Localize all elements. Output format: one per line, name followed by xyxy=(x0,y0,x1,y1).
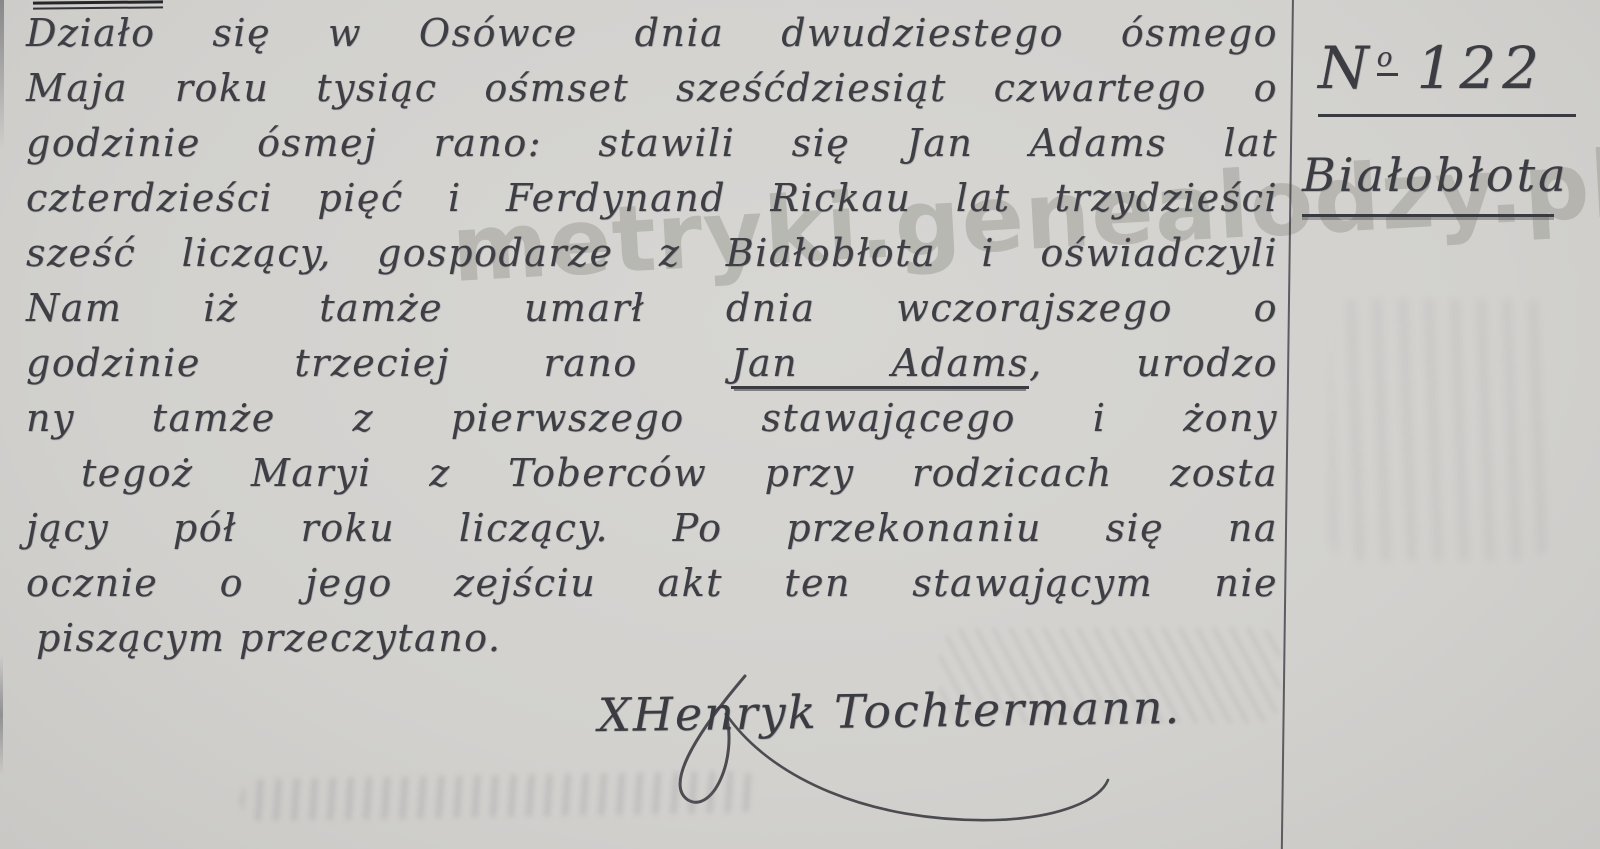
record-number-value: 122 xyxy=(1416,34,1545,102)
ink-bleed-smudge xyxy=(240,770,761,821)
record-number-ordinal: o xyxy=(1377,43,1399,76)
margin-column: No122 Białobłota xyxy=(1296,0,1600,849)
place-name: Białobłota xyxy=(1302,148,1554,217)
text-line-7-post: , urodzo xyxy=(1029,341,1278,385)
page-edge-shadow xyxy=(0,0,4,150)
record-number: No122 xyxy=(1318,34,1576,117)
text-line-4: czterdzieści pięć i Ferdynand Rickau lat… xyxy=(26,171,1278,226)
page-edge-shadow xyxy=(0,655,3,775)
deceased-name-underlined: Jan Adams xyxy=(731,341,1029,389)
text-line-6: Nam iż tamże umarł dnia wczorajszego o xyxy=(26,281,1278,336)
text-line-10: jący pół roku liczący. Po przekonaniu si… xyxy=(26,501,1278,556)
death-record-scan: metryki.genealodzy.pl Działo się w Osówc… xyxy=(0,0,1600,849)
signature-flourish-icon xyxy=(540,648,1240,847)
text-line-5: sześć liczący, gospodarze z Białobłota i… xyxy=(26,226,1278,281)
text-line-8: ny tamże z pierwszego stawającego i żony xyxy=(26,391,1278,446)
text-line-7-pre: godzinie trzeciej rano xyxy=(26,341,731,385)
record-body-text: Działo się w Osówce dnia dwudziestego ós… xyxy=(26,6,1278,666)
text-line-7: godzinie trzeciej rano Jan Adams, urodzo xyxy=(26,336,1278,391)
text-line-11: ocznie o jego zejściu akt ten stawającym… xyxy=(26,556,1278,611)
text-line-3: godzinie ósmej rano: stawili się Jan Ada… xyxy=(26,116,1278,171)
text-line-1: Działo się w Osówce dnia dwudziestego ós… xyxy=(26,6,1278,61)
record-number-prefix: N xyxy=(1318,34,1375,102)
text-line-9: tegoż Maryi z Toberców przy rodzicach zo… xyxy=(26,446,1278,501)
text-line-2: Maja roku tysiąc ośmset sześćdziesiąt cz… xyxy=(26,61,1278,116)
registrar-signature: XHenryk Tochtermann. xyxy=(598,680,1182,742)
text-line-12: piszącym przeczytano. xyxy=(26,611,1278,666)
scanned-document-page: { "page": { "description": "Handwritten … xyxy=(0,0,1600,849)
margin-divider-line xyxy=(1281,0,1294,849)
